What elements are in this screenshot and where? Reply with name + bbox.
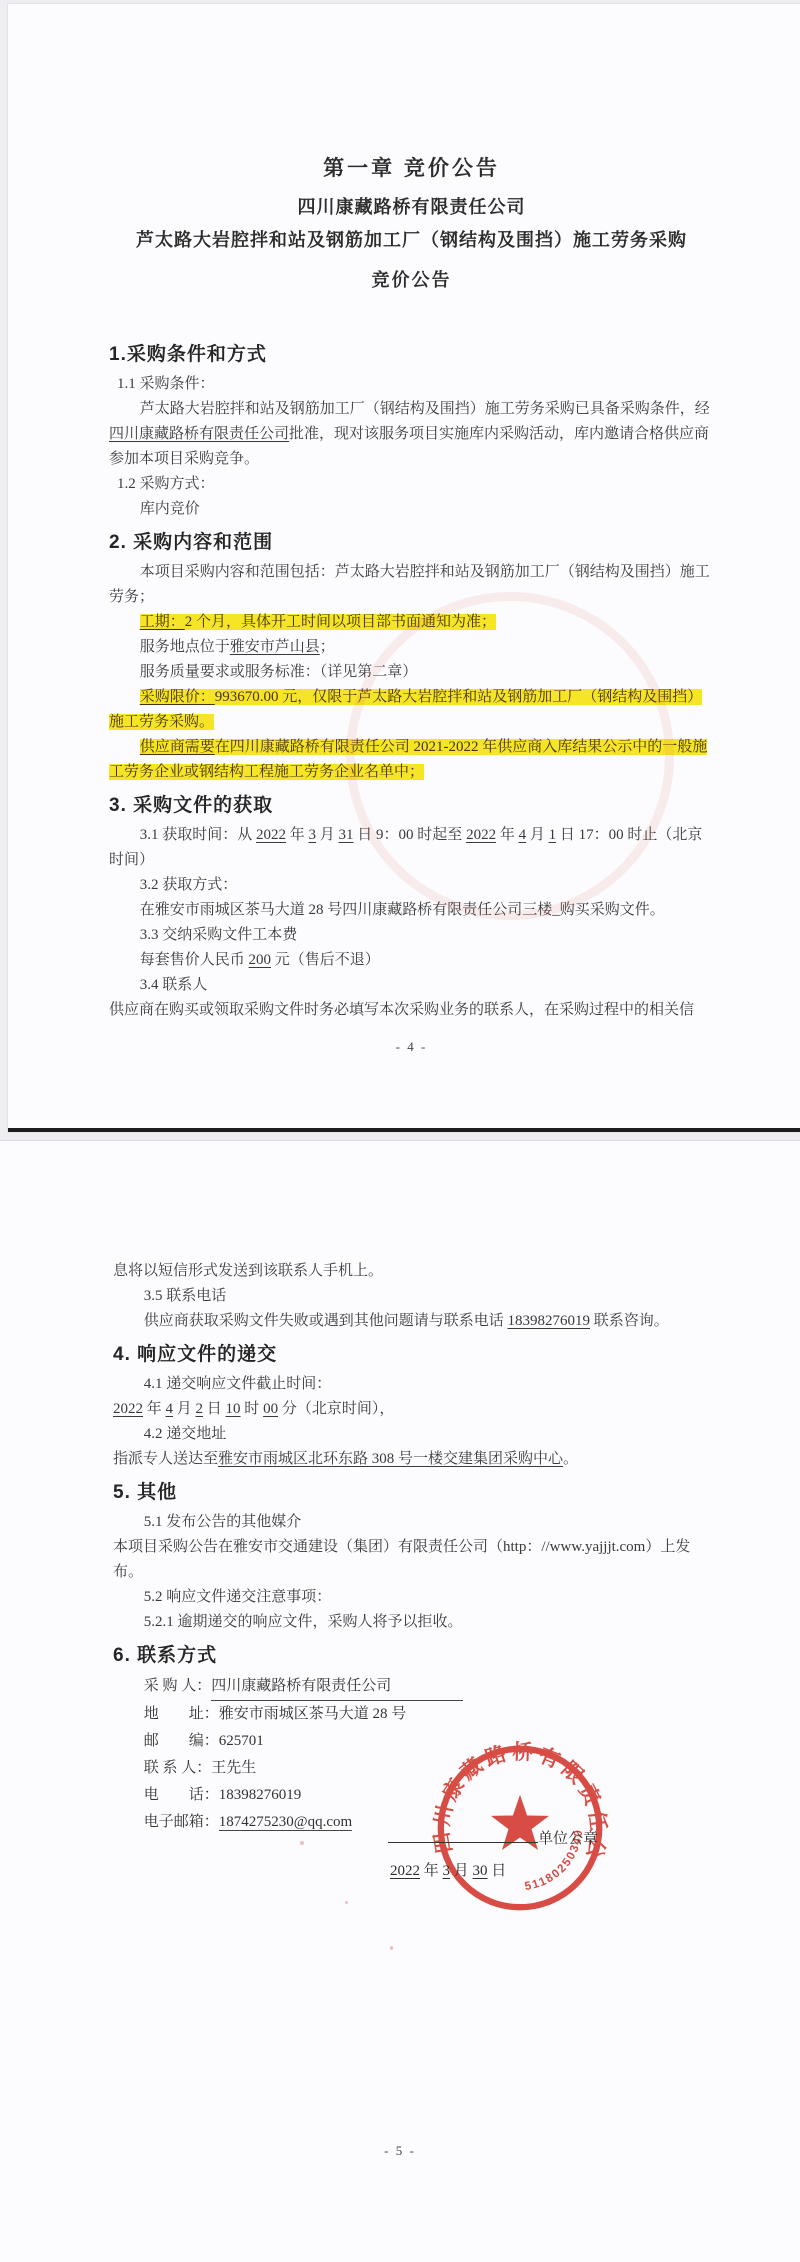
section3-3-paragraph: 每套售价人民币 200 元（售后不退） (109, 948, 714, 973)
section4-2-paragraph: 指派专人送达至雅安市雨城区北环东路 308 号一楼交建集团采购中心。 (113, 1447, 712, 1472)
section1-2-value: 库内竞价 (109, 497, 714, 522)
contact-value: 王先生 (211, 1760, 256, 1776)
seal-signature-row: 单位公章 (388, 1827, 598, 1848)
contact-row-person: 联 系 人：王先生 (144, 1755, 712, 1782)
section3-4-label: 3.4 联系人 (109, 973, 714, 998)
section5-heading: 5. 其他 (113, 1478, 712, 1508)
section3-5-paragraph: 供应商获取采购文件失败或遇到其他问题请与联系电话 18398276019 联系咨… (113, 1309, 712, 1334)
contact-value: 四川康藏路桥有限责任公司 (211, 1673, 463, 1701)
section2-heading: 2. 采购内容和范围 (109, 528, 714, 558)
stamp-bleed-through (346, 592, 674, 920)
contact-label: 电 话： (144, 1787, 219, 1803)
contact-value: 1874275230@qq.com (219, 1814, 352, 1831)
contact-label: 邮 编： (144, 1733, 219, 1749)
ink-speck (345, 1901, 348, 1904)
section5-2-1-paragraph: 5.2.1 逾期递交的响应文件，采购人将予以拒收。 (113, 1610, 712, 1635)
contact-label: 联 系 人： (144, 1760, 212, 1776)
section5-1-paragraph: 本项目采购公告在雅安市交通建设（集团）有限责任公司（http：//www.yaj… (113, 1535, 712, 1585)
page1-content: 第一章 竞价公告 四川康藏路桥有限责任公司 芦太路大岩腔拌和站及钢筋加工厂（钢结… (8, 4, 800, 1055)
section5-2-label: 5.2 响应文件递交注意事项： (113, 1585, 712, 1610)
section5-1-label: 5.1 发布公告的其他媒介 (113, 1510, 712, 1535)
contact-value: 雅安市雨城区茶马大道 28 号 (219, 1706, 407, 1722)
scanned-document: { "page1": { "t_chapter": "第一章 竞价公告", "t… (0, 0, 800, 2262)
section1-1-label: 1.1 采购条件： (109, 372, 714, 397)
section4-1-label: 4.1 递交响应文件截止时间： (113, 1372, 712, 1397)
seal-label: 单位公章 (538, 1831, 598, 1847)
contact-value: 18398276019 (219, 1787, 302, 1803)
contact-row-address: 地 址：雅安市雨城区茶马大道 28 号 (144, 1701, 712, 1728)
company-title: 四川康藏路桥有限责任公司 (109, 194, 714, 220)
section1-2-label: 1.2 采购方式： (109, 472, 714, 497)
section1-1-paragraph: 芦太路大岩腔拌和站及钢筋加工厂（钢结构及围挡）施工劳务采购已具备采购条件，经四川… (109, 397, 714, 472)
page-number-5: - 5 - (0, 2143, 800, 2159)
contact-label: 电子邮箱： (144, 1814, 219, 1830)
section6-heading: 6. 联系方式 (113, 1641, 712, 1671)
seal-date: 2022 年 3 月 30 日 (390, 1859, 506, 1880)
contact-label: 地 址： (144, 1706, 219, 1722)
section4-heading: 4. 响应文件的递交 (113, 1340, 712, 1370)
notice-title: 竞价公告 (109, 266, 714, 294)
chapter-title: 第一章 竞价公告 (109, 154, 714, 184)
scan-page-2: 息将以短信形式发送到该联系人手机上。 3.5 联系电话 供应商获取采购文件失败或… (0, 1140, 800, 2262)
section4-1-paragraph: 2022 年 4 月 2 日 10 时 00 分（北京时间）， (113, 1397, 712, 1422)
page2-content: 息将以短信形式发送到该联系人手机上。 3.5 联系电话 供应商获取采购文件失败或… (0, 1141, 800, 1836)
scope-paragraph: 本项目采购内容和范围包括：芦太路大岩腔拌和站及钢筋加工厂（钢结构及围挡）施工劳务… (109, 560, 714, 610)
section4-2-label: 4.2 递交地址 (113, 1422, 712, 1447)
scan-page-1: 第一章 竞价公告 四川康藏路桥有限责任公司 芦太路大岩腔拌和站及钢筋加工厂（钢结… (8, 4, 800, 1132)
section1-heading: 1.采购条件和方式 (109, 340, 714, 370)
contact-label: 采 购 人： (144, 1678, 212, 1694)
contact-value: 625701 (219, 1733, 264, 1749)
continuation-paragraph: 息将以短信形式发送到该联系人手机上。 (113, 1259, 712, 1284)
ink-speck (300, 1841, 304, 1845)
ink-speck (390, 1946, 393, 1950)
page-number-4: - 4 - (109, 1039, 714, 1055)
contact-row-postcode: 邮 编：625701 (144, 1728, 712, 1755)
contact-row-phone: 电 话：18398276019 (144, 1782, 712, 1809)
project-title: 芦太路大岩腔拌和站及钢筋加工厂（钢结构及围挡）施工劳务采购 (109, 226, 714, 254)
section3-4-paragraph: 供应商在购买或领取采购文件时务必填写本次采购业务的联系人，在采购过程中的相关信 (109, 998, 714, 1023)
contact-row-purchaser: 采 购 人：四川康藏路桥有限责任公司 (144, 1673, 712, 1701)
signature-line (388, 1828, 538, 1843)
section3-2-paragraph: 在雅安市雨城区茶马大道 28 号四川康藏路桥有限责任公司三楼_购买采购文件。 (109, 898, 714, 923)
section3-3-label: 3.3 交纳采购文件工本费 (109, 923, 714, 948)
section3-5-label: 3.5 联系电话 (113, 1284, 712, 1309)
